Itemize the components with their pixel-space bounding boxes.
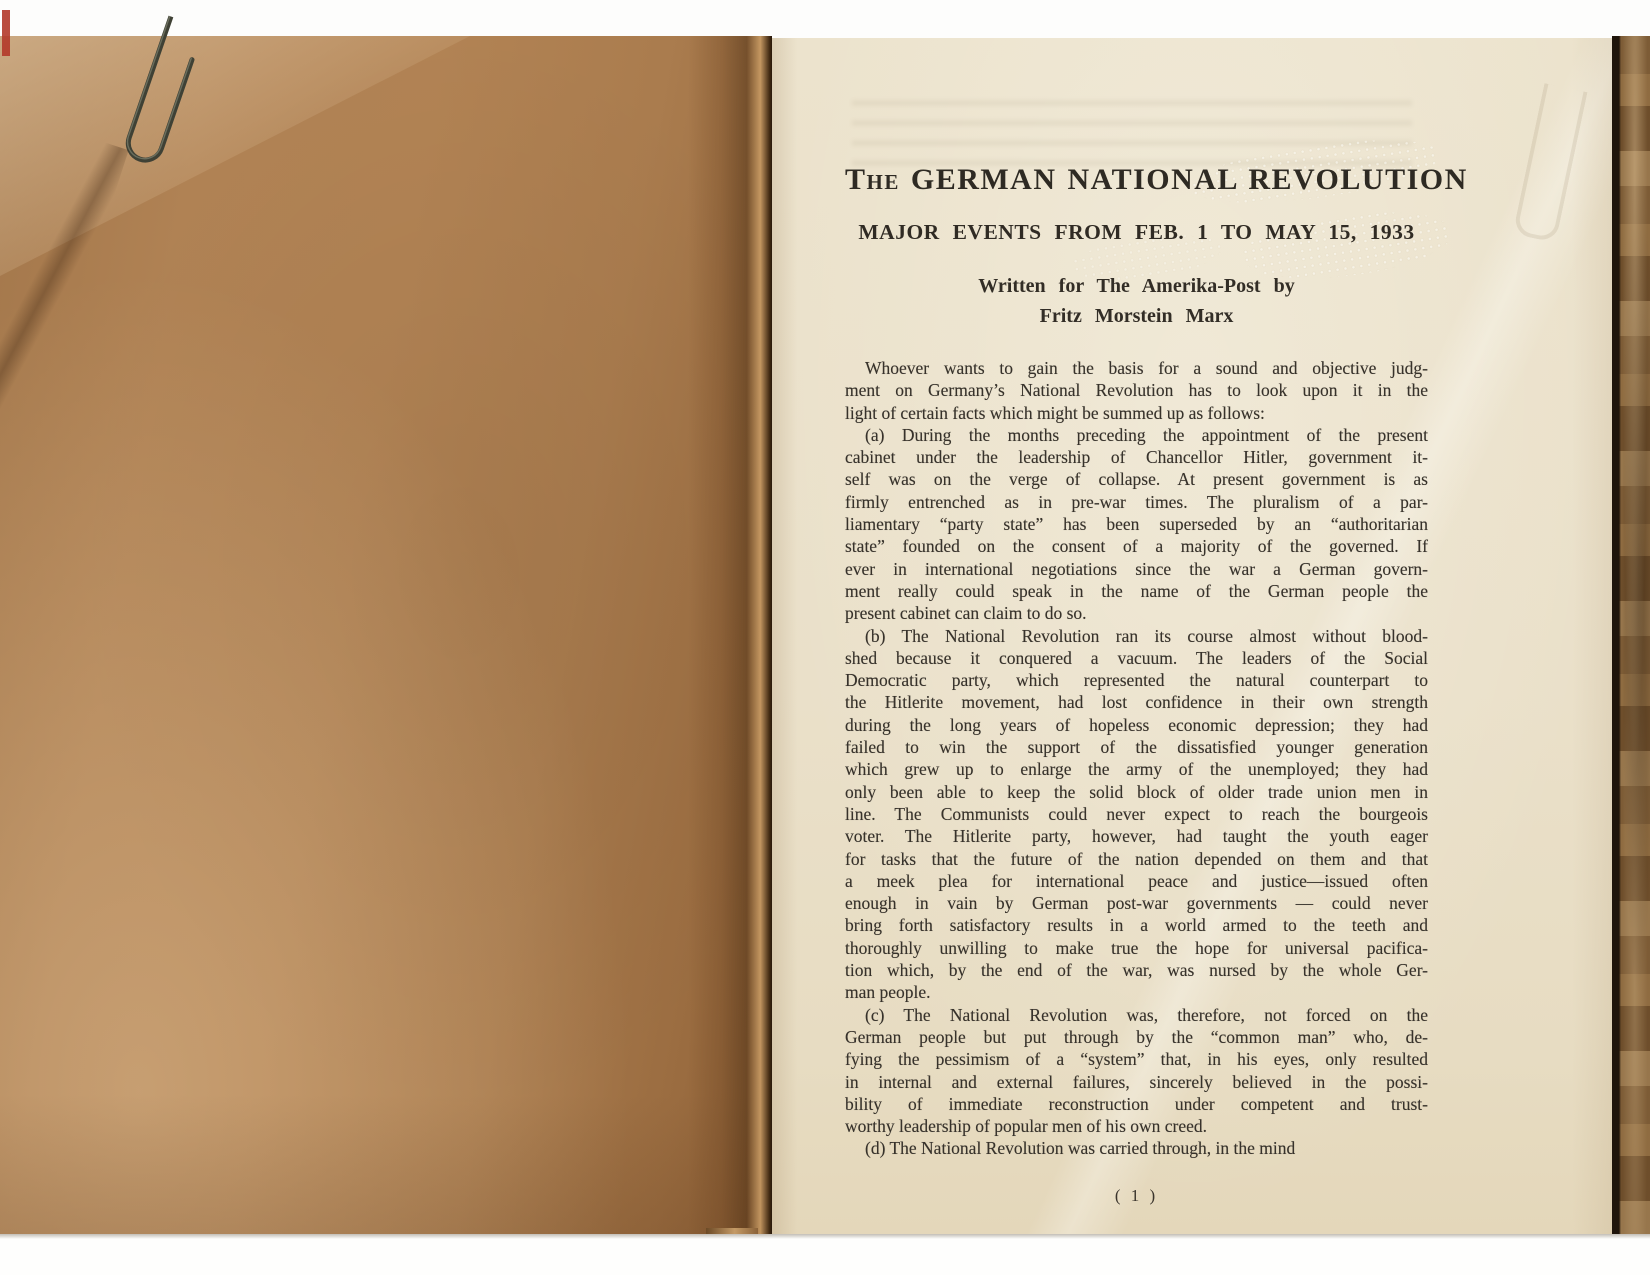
text-line: German people but put through by the “co… (845, 1026, 1428, 1048)
text-line: firmly entrenched as in pre-war times. T… (845, 491, 1428, 513)
paperclip (73, 4, 239, 219)
scanner-bed-bottom-margin (0, 1234, 1650, 1275)
page-number: ( 1 ) (845, 1186, 1428, 1206)
text-line: line. The Communists could never expect … (845, 803, 1428, 825)
text-line: only been able to keep the solid block o… (845, 781, 1428, 803)
text-line: cabinet under the leadership of Chancell… (845, 446, 1428, 468)
text-line: thoroughly unwilling to make true the ho… (845, 937, 1428, 959)
text-line: fying the pessimism of a “system” that, … (845, 1048, 1428, 1070)
text-line: shed because it conquered a vacuum. The … (845, 647, 1428, 669)
text-line: the Hitlerite movement, had lost confide… (845, 691, 1428, 713)
title-prefix: The (845, 163, 900, 196)
text-line: tion which, by the end of the war, was n… (845, 959, 1428, 981)
text-line: (c) The National Revolution was, therefo… (845, 1004, 1428, 1026)
paragraph: (d) The National Revolution was carried … (845, 1137, 1428, 1159)
text-line: which grew up to enlarge the army of the… (845, 758, 1428, 780)
byline-line1: Written for The Amerika-Post by (845, 271, 1428, 301)
text-line: worthy leadership of popular men of his … (845, 1115, 1428, 1137)
text-line: voter. The Hitlerite party, however, had… (845, 825, 1428, 847)
binding-fold (688, 36, 772, 1234)
page-title: The GERMAN NATIONAL REVOLUTION (845, 163, 1428, 197)
text-line: (b) The National Revolution ran its cour… (845, 625, 1428, 647)
book-edge-strip (1612, 36, 1650, 1234)
text-line: in internal and external failures, since… (845, 1071, 1428, 1093)
text-line: light of certain facts which might be su… (845, 402, 1428, 424)
text-line: bility of immediate reconstruction under… (845, 1093, 1428, 1115)
paragraph: (a) During the months preceding the appo… (845, 424, 1428, 625)
text-line: man people. (845, 981, 1428, 1003)
text-line: ever in international negotiations since… (845, 558, 1428, 580)
text-line: ment really could speak in the name of t… (845, 580, 1428, 602)
pamphlet-page: The GERMAN NATIONAL REVOLUTION MAJOR EVE… (772, 38, 1614, 1234)
title-main: GERMAN NATIONAL REVOLUTION (911, 163, 1468, 196)
paragraph: (c) The National Revolution was, therefo… (845, 1004, 1428, 1138)
paragraph: Whoever wants to gain the basis for a so… (845, 357, 1428, 424)
text-line: failed to win the support of the dissati… (845, 736, 1428, 758)
scanned-document: The GERMAN NATIONAL REVOLUTION MAJOR EVE… (0, 0, 1650, 1275)
text-line: Whoever wants to gain the basis for a so… (845, 357, 1428, 379)
page-content: The GERMAN NATIONAL REVOLUTION MAJOR EVE… (845, 38, 1428, 1206)
body-text: Whoever wants to gain the basis for a so… (845, 357, 1428, 1160)
text-line: for tasks that the future of the nation … (845, 848, 1428, 870)
cover-bottom-shadow (0, 1094, 772, 1234)
folder-cover-left (0, 36, 772, 1234)
red-edge-mark (2, 10, 10, 56)
scanner-bed-top-margin (0, 0, 1650, 36)
text-line: (d) The National Revolution was carried … (845, 1137, 1428, 1159)
text-line: enough in vain by German post-war govern… (845, 892, 1428, 914)
text-line: Democratic party, which represented the … (845, 669, 1428, 691)
page-subtitle: MAJOR EVENTS FROM FEB. 1 TO MAY 15, 1933 (845, 219, 1428, 245)
byline-line2: Fritz Morstein Marx (845, 301, 1428, 331)
text-line: self was on the verge of collapse. At pr… (845, 468, 1428, 490)
text-line: present cabinet can claim to do so. (845, 602, 1428, 624)
text-line: bring forth satisfactory results in a wo… (845, 914, 1428, 936)
text-line: (a) During the months preceding the appo… (845, 424, 1428, 446)
text-line: liamentary “party state” has been supers… (845, 513, 1428, 535)
text-line: during the long years of hopeless econom… (845, 714, 1428, 736)
byline: Written for The Amerika-Post by Fritz Mo… (845, 271, 1428, 331)
text-line: ment on Germany’s National Revolution ha… (845, 379, 1428, 401)
text-line: a meek plea for international peace and … (845, 870, 1428, 892)
paragraph: (b) The National Revolution ran its cour… (845, 625, 1428, 1004)
text-line: state” founded on the consent of a major… (845, 535, 1428, 557)
paperclip-impression (1512, 83, 1587, 243)
